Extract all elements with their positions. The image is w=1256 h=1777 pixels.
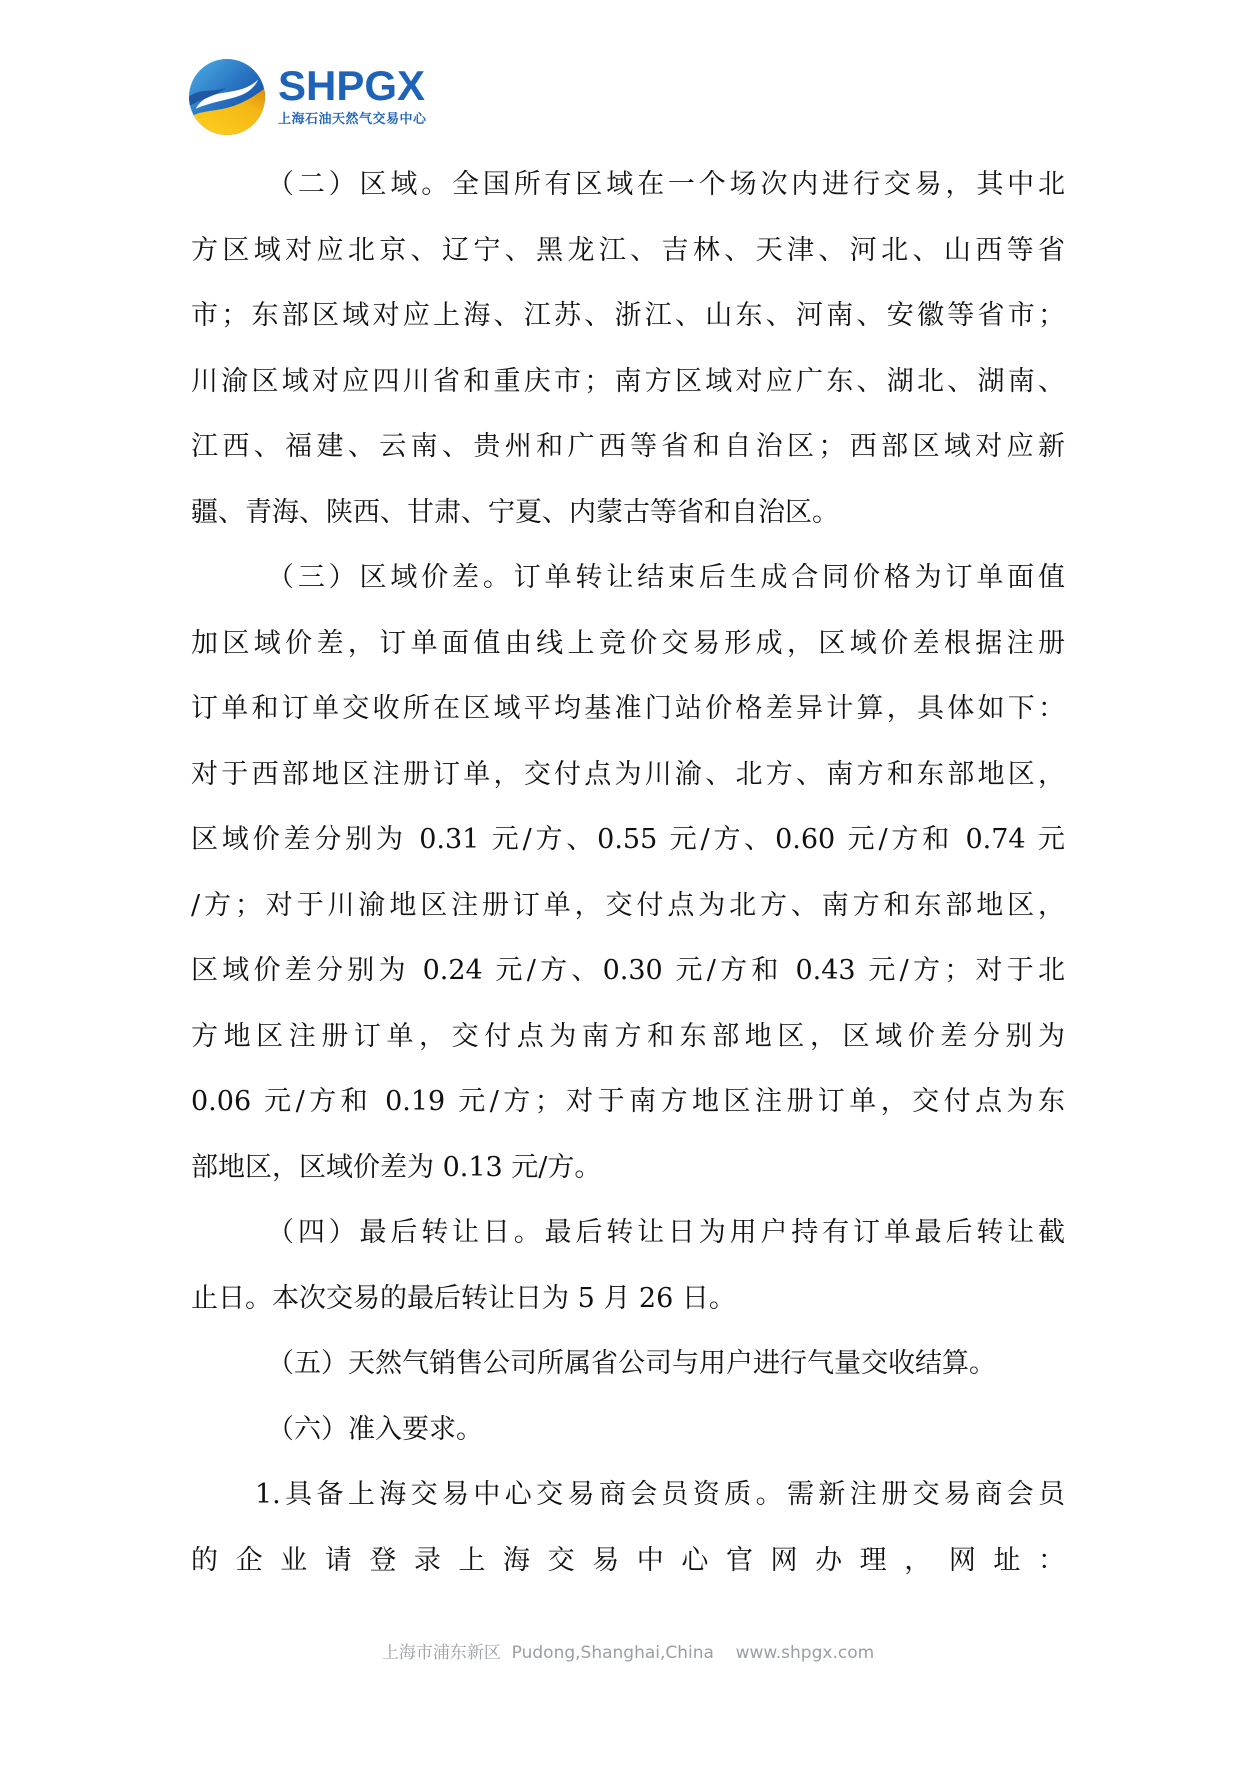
paragraph-line: 疆、青海、陕西、甘肃、宁夏、内蒙古等省和自治区。	[191, 480, 1065, 546]
paragraph-line: 区域价差分别为 0.31 元/方、0.55 元/方、0.60 元/方和 0.74…	[191, 807, 1065, 873]
paragraph-line: （二）区域。全国所有区域在一个场次内进行交易，其中北	[191, 152, 1065, 218]
paragraph-line: （三）区域价差。订单转让结束后生成合同价格为订单面值	[191, 545, 1065, 611]
paragraph-line: 对于西部地区注册订单，交付点为川渝、北方、南方和东部地区，	[191, 742, 1065, 808]
paragraph-line: 部地区，区域价差为 0.13 元/方。	[191, 1135, 1065, 1201]
footer-website: www.shpgx.com	[736, 1643, 875, 1663]
shpgx-globe-logo-icon	[188, 58, 266, 136]
paragraph-line: 江西、福建、云南、贵州和广西等省和自治区；西部区域对应新	[191, 414, 1065, 480]
paragraph-line: 订单和订单交收所在区域平均基准门站价格差异计算，具体如下：	[191, 676, 1065, 742]
paragraph-line: 1.具备上海交易中心交易商会员资质。需新注册交易商会员	[191, 1462, 1065, 1528]
paragraph-line: 市；东部区域对应上海、江苏、浙江、山东、河南、安徽等省市；	[191, 283, 1065, 349]
paragraph-line: 区域价差分别为 0.24 元/方、0.30 元/方和 0.43 元/方；对于北	[191, 938, 1065, 1004]
logo-wordmark: SHPGX	[278, 64, 425, 108]
paragraph-line: 加区域价差，订单面值由线上竞价交易形成，区域价差根据注册	[191, 611, 1065, 677]
paragraph-line: （四）最后转让日。最后转让日为用户持有订单最后转让截	[191, 1200, 1065, 1266]
header-logo: SHPGX 上海石油天然气交易中心	[188, 58, 448, 138]
paragraph-line: /方；对于川渝地区注册订单，交付点为北方、南方和东部地区，	[191, 873, 1065, 939]
paragraph-line: 方区域对应北京、辽宁、黑龙江、吉林、天津、河北、山西等省	[191, 218, 1065, 284]
page-footer: 上海市浦东新区 Pudong,Shanghai,China www.shpgx.…	[0, 1638, 1256, 1663]
paragraph-line: 川渝区域对应四川省和重庆市；南方区域对应广东、湖北、湖南、	[191, 349, 1065, 415]
logo-subtitle: 上海石油天然气交易中心	[278, 112, 427, 128]
paragraph-line: 止日。本次交易的最后转让日为 5 月 26 日。	[191, 1266, 1065, 1332]
paragraph-line: （五）天然气销售公司所属省公司与用户进行气量交收结算。	[191, 1331, 1065, 1397]
footer-address-en: Pudong,Shanghai,China	[512, 1643, 714, 1663]
footer-address-cn: 上海市浦东新区	[382, 1643, 501, 1663]
document-body: （二）区域。全国所有区域在一个场次内进行交易，其中北 方区域对应北京、辽宁、黑龙…	[191, 152, 1065, 1593]
paragraph-line: （六）准入要求。	[191, 1397, 1065, 1463]
paragraph-line: 0.06 元/方和 0.19 元/方；对于南方地区注册订单，交付点为东	[191, 1069, 1065, 1135]
paragraph-line: 方地区注册订单，交付点为南方和东部地区，区域价差分别为	[191, 1004, 1065, 1070]
paragraph-line: 的企业请登录上海交易中心官网办理，网址：	[191, 1528, 1065, 1594]
